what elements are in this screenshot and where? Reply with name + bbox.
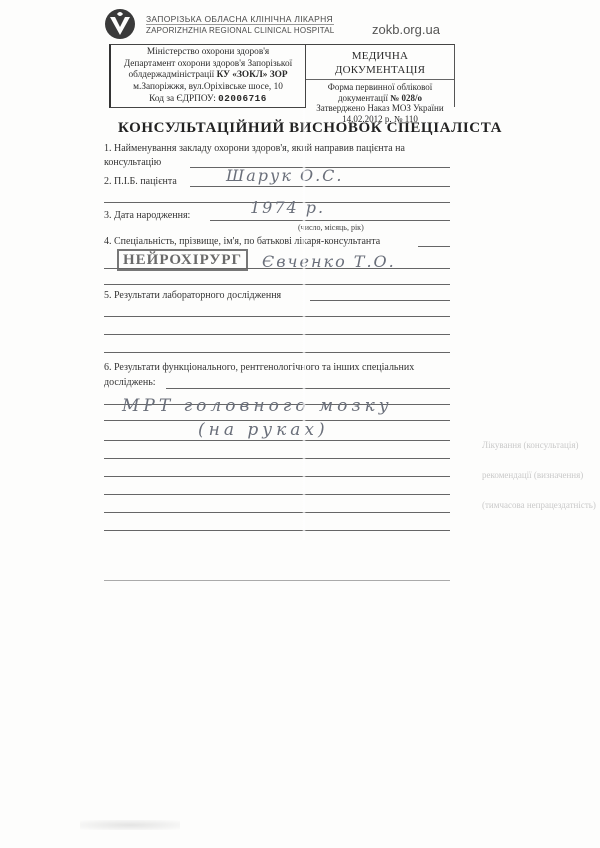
form-info-box: МЕДИЧНА ДОКУМЕНТАЦІЯ Форма первинної обл… (306, 44, 455, 107)
section-6-line-8 (104, 512, 450, 513)
department-line: Департамент охорони здоров'я Запорізької (111, 59, 305, 71)
hospital-name-ua: ЗАПОРІЗЬКА ОБЛАСНА КЛІНІЧНА ЛІКАРНЯ (146, 14, 333, 24)
section-6-line-10 (104, 580, 450, 581)
section-3-label: 3. Дата народження: (104, 210, 190, 221)
section-1-label-cont: консультацію (104, 157, 161, 168)
section-6-label: 6. Результати функціонального, рентгенол… (104, 362, 414, 373)
administration-line: облдержадміністрації КУ «ЗОКЛ» ЗОР (111, 70, 305, 82)
study-result-handwritten-2: (на руках) (198, 420, 329, 440)
section-2-input-line[interactable] (190, 186, 450, 187)
section-5-line-2 (104, 316, 450, 317)
form-line-2: документації № 028/о (306, 93, 454, 104)
bleed-through-text-1: Лікування (консультація) (482, 440, 578, 450)
section-6-input-line[interactable] (166, 388, 450, 389)
form-number: № 028/о (390, 93, 422, 103)
patient-name-handwritten: Шарук О.С. (226, 166, 344, 185)
medical-documentation-title: МЕДИЧНА ДОКУМЕНТАЦІЯ (306, 49, 454, 80)
edrpou-code: 02006716 (218, 93, 267, 104)
website-link[interactable]: zokb.org.ua (372, 22, 440, 37)
section-3-input-line[interactable] (210, 220, 450, 221)
section-5-label: 5. Результати лабораторного дослідження (104, 290, 281, 301)
address-line: м.Запоріжжя, вул.Оріхівське шосе, 10 (111, 82, 305, 94)
section-6-line-9 (104, 530, 450, 531)
hospital-logo-icon (104, 8, 136, 40)
form-doc-prefix: документації (338, 93, 390, 103)
edrpou-label: Код за ЄДРПОУ: (149, 94, 218, 104)
section-4-label: 4. Спеціальність, прізвище, ім'я, по бат… (104, 236, 380, 247)
section-6-line-6 (104, 476, 450, 477)
section-4-input-line[interactable] (418, 246, 450, 247)
section-6-label-cont: досліджень: (104, 377, 156, 388)
study-result-handwritten-1: МРТ головного мозку (122, 396, 393, 416)
section-6-line-5 (104, 458, 450, 459)
section-4-line-3 (104, 284, 450, 285)
edrpou-line: Код за ЄДРПОУ: 02006716 (111, 93, 305, 106)
bleed-through-text-2: рекомендації (визначення) (482, 470, 583, 480)
page-fold-crease (302, 110, 306, 540)
institution-abbrev: КУ «ЗОКЛ» ЗОР (217, 70, 288, 80)
issuer-box: Міністерство охорони здоров'я Департамен… (109, 44, 306, 108)
section-6-line-4 (104, 440, 450, 441)
birth-date-handwritten: 1974 р. (250, 198, 325, 217)
hospital-name-en: ZAPORIZHZHIA REGIONAL CLINICAL HOSPITAL (146, 26, 334, 35)
section-5-line-4 (104, 352, 450, 353)
header-divider (146, 24, 334, 25)
ministry-line: Міністерство охорони здоров'я (111, 47, 305, 59)
form-line-3: Затверджено Наказ МОЗ України (306, 103, 454, 114)
section-2-label: 2. П.І.Б. пацієнта (104, 176, 177, 187)
form-line-1: Форма первинної облікової (306, 82, 454, 93)
section-5-line-3 (104, 334, 450, 335)
bleed-through-text-3: (тимчасова непрацездатність) (482, 500, 596, 510)
section-1-label: 1. Найменування закладу охорони здоров'я… (104, 143, 405, 154)
section-5-input-line[interactable] (310, 300, 450, 301)
date-format-hint: (число, місяць, рік) (298, 223, 364, 232)
section-6-line-7 (104, 494, 450, 495)
section-4-line-2 (104, 268, 450, 269)
scan-smudge (80, 820, 180, 830)
administration-prefix: облдержадміністрації (128, 70, 216, 80)
document-title: КОНСУЛЬТАЦІЙНИЙ ВИСНОВОК СПЕЦІАЛІСТА (118, 120, 502, 137)
